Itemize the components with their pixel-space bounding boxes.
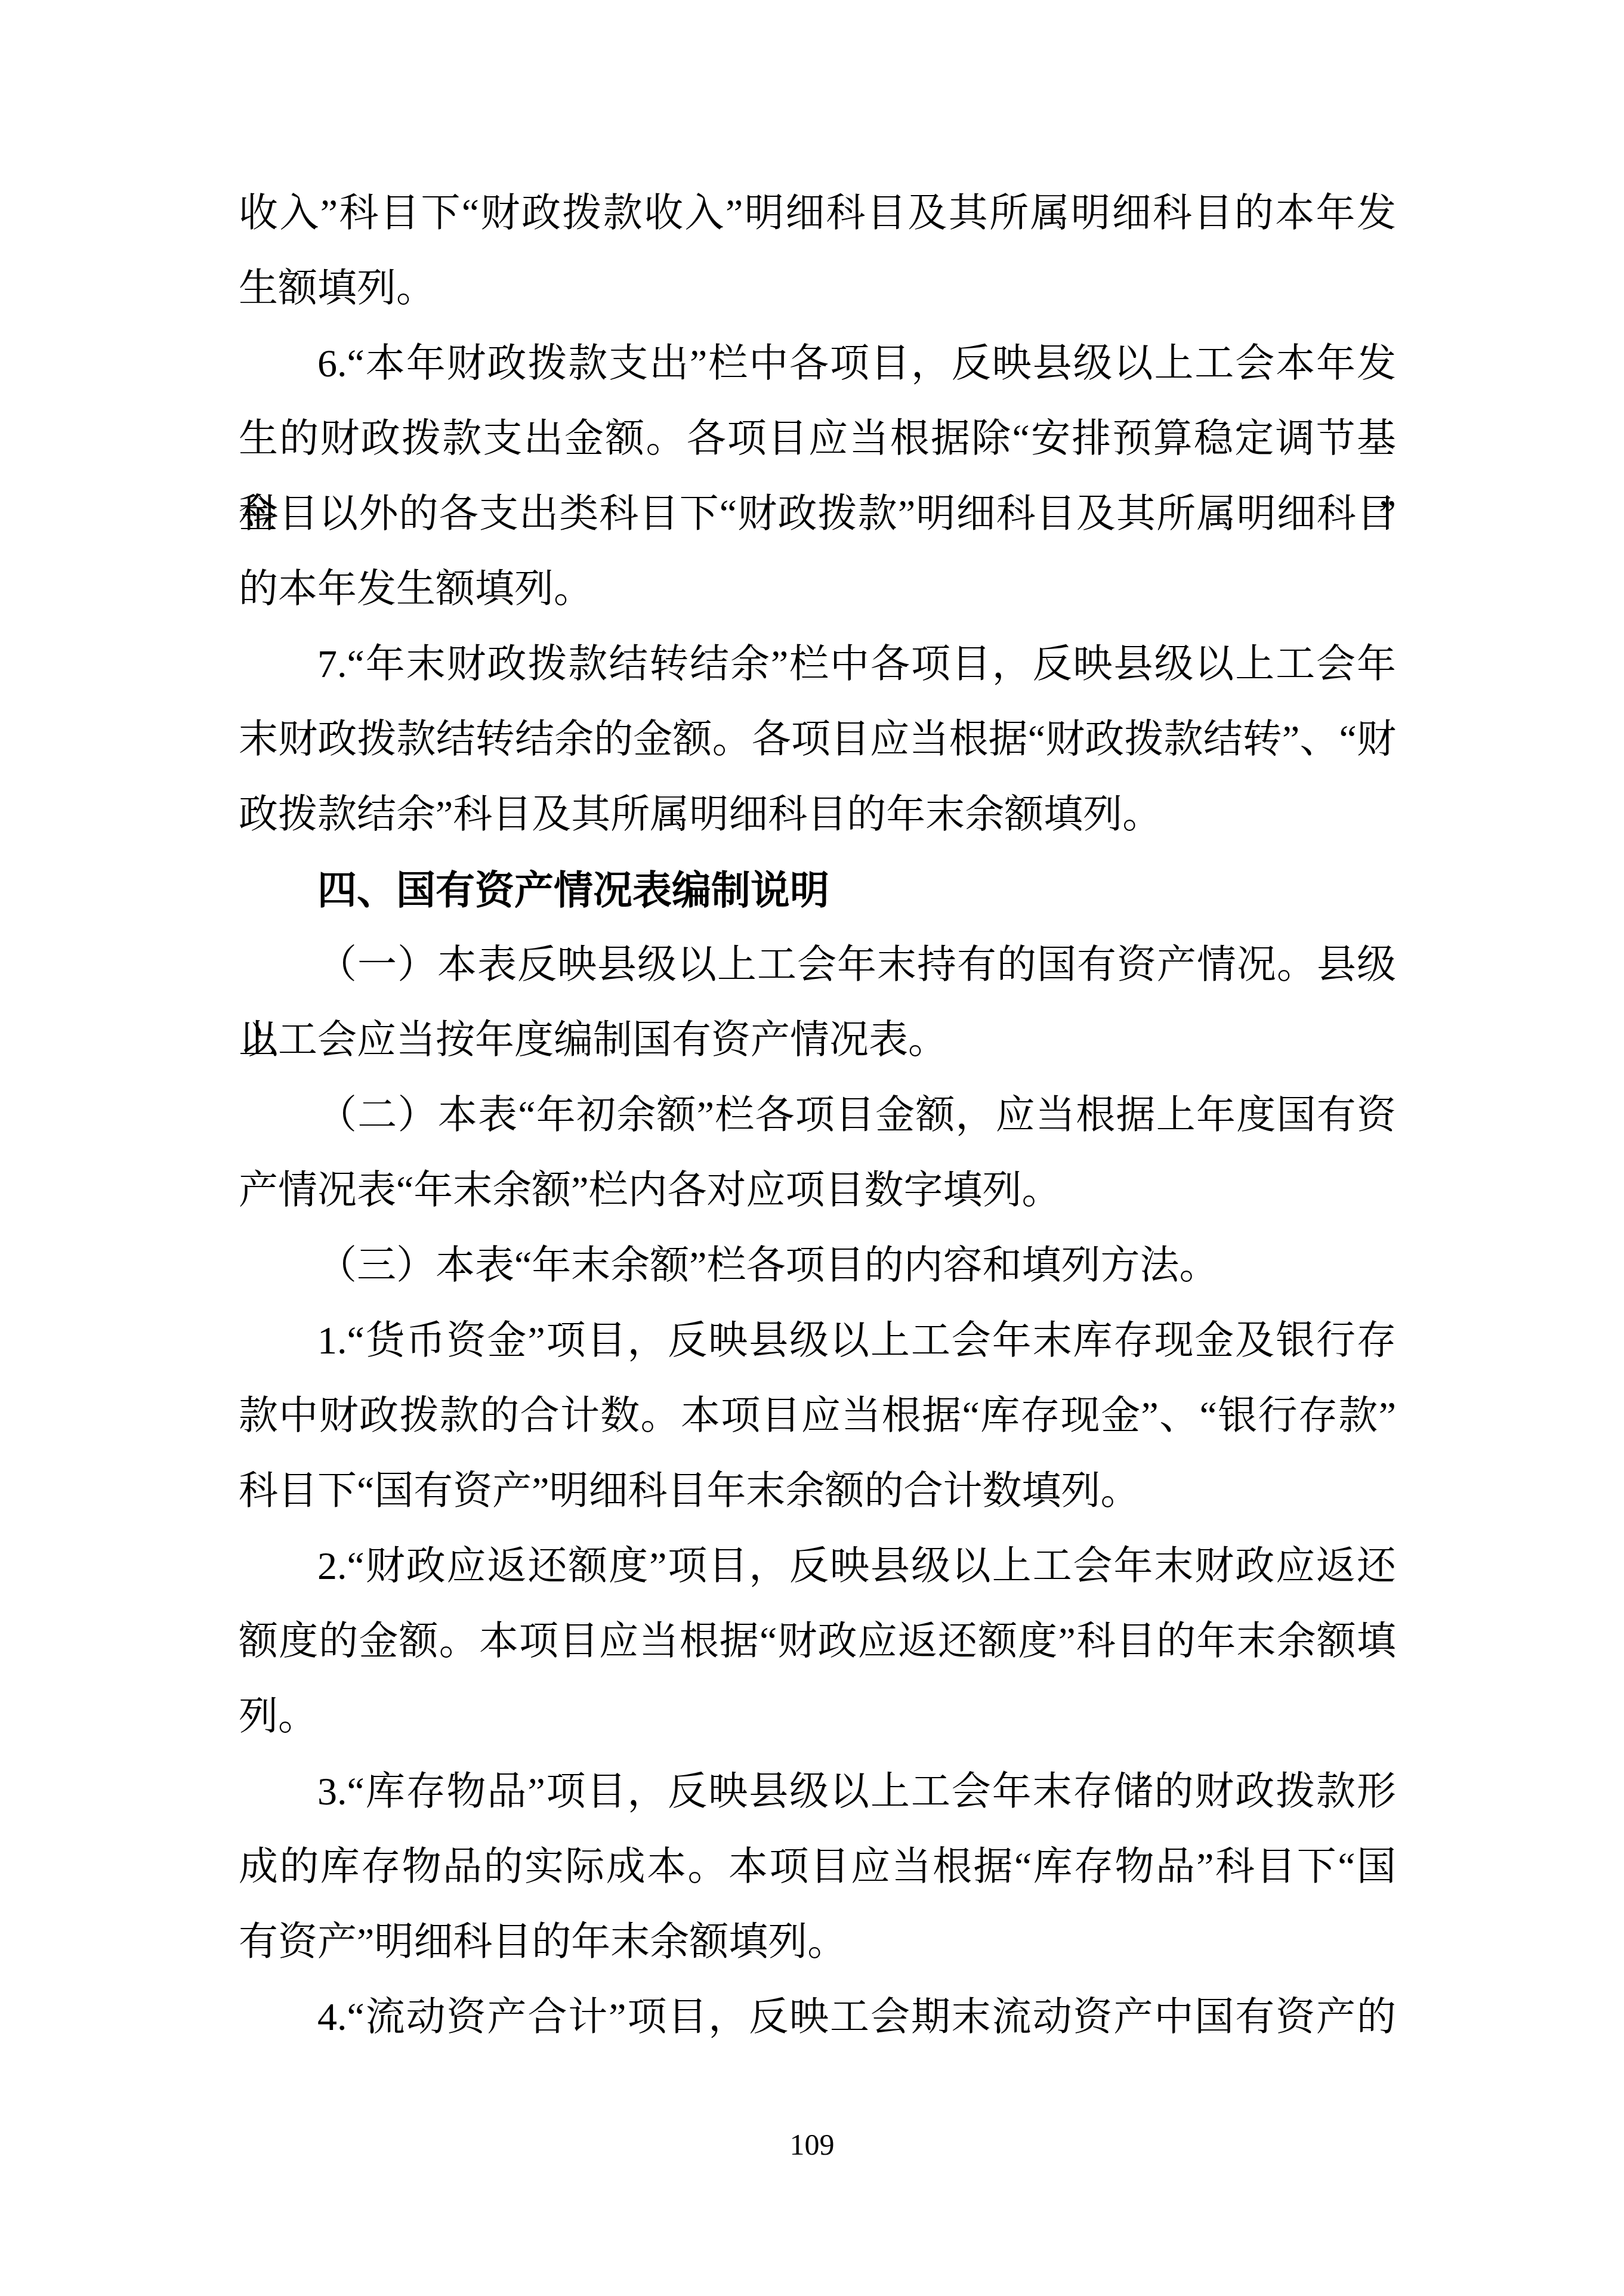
text-line: 生额填列。 bbox=[239, 251, 1396, 326]
text-line: （一）本表反映县级以上工会年末持有的国有资产情况。县级以 bbox=[239, 928, 1396, 1003]
text-line: 3.“库存物品”项目，反映县级以上工会年末存储的财政拨款形 bbox=[239, 1754, 1396, 1830]
text-line: 末财政拨款结转结余的金额。各项目应当根据“财政拨款结转”、“财 bbox=[239, 702, 1396, 777]
text-line: 科目以外的各支出类科目下“财政拨款”明细科目及其所属明细科目 bbox=[239, 477, 1396, 552]
document-body: 收入”科目下“财政拨款收入”明细科目及其所属明细科目的本年发 生额填列。 6.“… bbox=[239, 176, 1396, 2055]
text-line: 2.“财政应返还额度”项目，反映县级以上工会年末财政应返还 bbox=[239, 1529, 1396, 1604]
text-line: （二）本表“年初余额”栏各项目金额，应当根据上年度国有资 bbox=[239, 1078, 1396, 1153]
text-line: 生的财政拨款支出金额。各项目应当根据除“安排预算稳定调节基金” bbox=[239, 401, 1396, 477]
text-line: 4.“流动资产合计”项目，反映工会期末流动资产中国有资产的 bbox=[239, 1980, 1396, 2055]
text-line: 列。 bbox=[239, 1679, 1396, 1754]
text-line: 有资产”明细科目的年末余额填列。 bbox=[239, 1905, 1396, 1980]
text-line: 的本年发生额填列。 bbox=[239, 552, 1396, 627]
text-line: 6.“本年财政拨款支出”栏中各项目，反映县级以上工会本年发 bbox=[239, 326, 1396, 401]
text-line: 政拨款结余”科目及其所属明细科目的年末余额填列。 bbox=[239, 777, 1396, 852]
text-line: 成的库存物品的实际成本。本项目应当根据“库存物品”科目下“国 bbox=[239, 1830, 1396, 1905]
section-heading: 四、国有资产情况表编制说明 bbox=[239, 852, 1396, 928]
text-line: 7.“年末财政拨款结转结余”栏中各项目，反映县级以上工会年 bbox=[239, 627, 1396, 702]
text-line: 款中财政拨款的合计数。本项目应当根据“库存现金”、“银行存款” bbox=[239, 1379, 1396, 1454]
text-line: 额度的金额。本项目应当根据“财政应返还额度”科目的年末余额填 bbox=[239, 1604, 1396, 1679]
text-line: 科目下“国有资产”明细科目年末余额的合计数填列。 bbox=[239, 1454, 1396, 1529]
text-line: 1.“货币资金”项目，反映县级以上工会年末库存现金及银行存 bbox=[239, 1303, 1396, 1379]
text-line: 上工会应当按年度编制国有资产情况表。 bbox=[239, 1003, 1396, 1078]
text-line: （三）本表“年末余额”栏各项目的内容和填列方法。 bbox=[239, 1228, 1396, 1303]
text-line: 收入”科目下“财政拨款收入”明细科目及其所属明细科目的本年发 bbox=[239, 176, 1396, 251]
document-page: 收入”科目下“财政拨款收入”明细科目及其所属明细科目的本年发 生额填列。 6.“… bbox=[0, 0, 1624, 2296]
page-number: 109 bbox=[0, 2127, 1624, 2162]
text-line: 产情况表“年末余额”栏内各对应项目数字填列。 bbox=[239, 1153, 1396, 1228]
